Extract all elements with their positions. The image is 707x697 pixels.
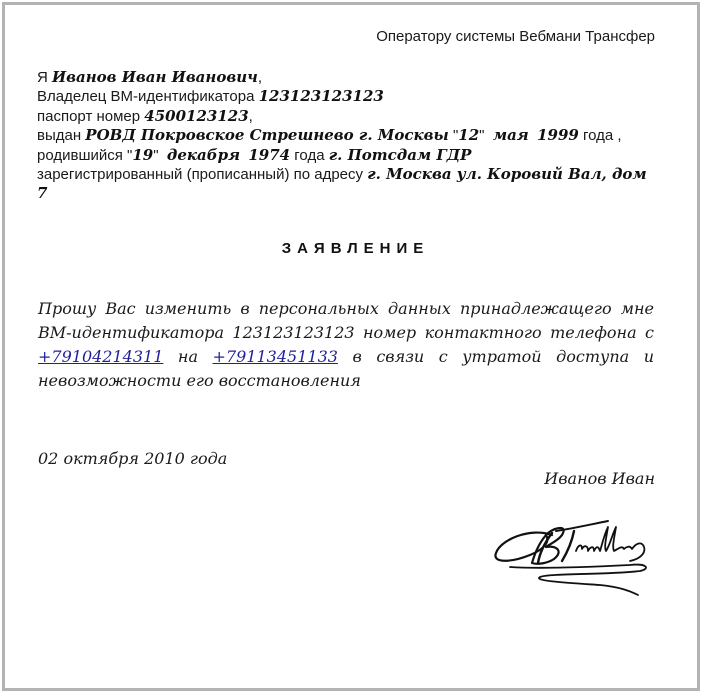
birth-line: родившийся "19" декабря 1974 года г. Пот… [37, 146, 662, 165]
applicant-name-line: Я Иванов Иван Иванович, [37, 68, 662, 87]
applicant-details: Я Иванов Иван Иванович, Владелец ВМ-иден… [37, 68, 662, 204]
address-line: зарегистрированный (прописанный) по адре… [37, 165, 662, 204]
passport-number: 4500123123 [144, 107, 248, 125]
wmid-line: Владелец ВМ-идентификатора 123123123123 [37, 87, 662, 106]
old-phone-link[interactable]: +79104214311 [38, 347, 163, 366]
birth-day: 19 [132, 146, 153, 164]
issued-day: 12 [458, 126, 479, 144]
signature-icon [490, 505, 660, 600]
document-date: 02 октября 2010 года [38, 449, 227, 468]
issued-line: выдан РОВД Покровское Стрешнево г. Москв… [37, 126, 662, 145]
new-phone-link[interactable]: +79113451133 [213, 347, 338, 366]
passport-line: паспорт номер 4500123123, [37, 107, 662, 126]
birth-year: 1974 [248, 146, 290, 164]
issued-year: 1999 [537, 126, 579, 144]
birth-place: г. Потсдам ГДР [329, 146, 472, 164]
document-title: ЗАЯВЛЕНИЕ [0, 240, 707, 257]
signer-name: Иванов Иван [544, 469, 655, 488]
statement-paragraph: Прошу Вас изменить в персональных данных… [38, 297, 654, 393]
issued-month: мая [493, 126, 529, 144]
wmid-value: 123123123123 [259, 87, 384, 105]
applicant-full-name: Иванов Иван Иванович [52, 68, 258, 86]
issued-by: РОВД Покровское Стрешнево г. Москвы [85, 126, 448, 144]
addressee: Оператору системы Вебмани Трансфер [376, 28, 655, 45]
birth-month: декабря [167, 146, 240, 164]
